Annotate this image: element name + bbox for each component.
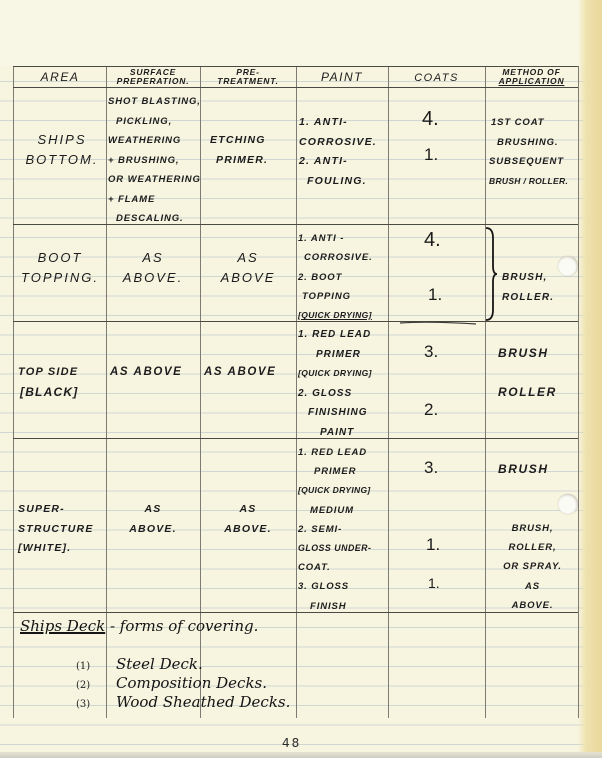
coats-value: 1. <box>428 285 442 305</box>
column-rule-paint <box>388 66 389 718</box>
coats-value: 3. <box>424 342 438 362</box>
table-top-line <box>13 66 578 67</box>
method-cell: BRUSH, ROLLER. <box>502 268 554 307</box>
row-divider-1 <box>13 224 578 225</box>
surface-preparation-cell: SHOT BLASTING, PICKLING, WEATHERING + BR… <box>108 92 201 229</box>
coats-value: 1. <box>428 575 440 591</box>
pretreatment-cell: AS ABOVE <box>204 363 276 383</box>
area-cell: SHIPS BOTTOM. <box>18 130 106 169</box>
paint-cell: 1. RED LEAD PRIMER [QUICK DRYING] MEDIUM… <box>298 443 371 616</box>
method-cell-secondary: BRUSH, ROLLER, OR SPRAY. AS ABOVE. <box>487 519 578 615</box>
page-number: 48 <box>282 736 301 750</box>
pretreatment-cell: ETCHING PRIMER. <box>210 131 268 170</box>
coats-value: 4. <box>424 229 441 252</box>
header-coats: COATS <box>388 72 485 84</box>
header-bottom-line <box>13 87 578 88</box>
surface-preparation-cell: AS ABOVE <box>110 363 182 383</box>
header-method-of-application: METHOD OF APPLICATION <box>485 68 578 86</box>
pretreatment-cell: AS ABOVE <box>200 248 296 287</box>
coats-value: 4. <box>422 108 439 131</box>
coats-value: 2. <box>424 400 438 420</box>
header-pretreatment: PRE- TREATMENT. <box>200 68 296 86</box>
coats-value: 1. <box>426 535 440 555</box>
method-cell: 1ST COAT BRUSHING. SUBSEQUENT BRUSH / RO… <box>489 113 568 191</box>
coats-value: 1. <box>424 145 438 165</box>
header-surface-preparation: SURFACE PREPERATION. <box>106 68 200 86</box>
area-cell: BOOT TOPPING. <box>14 248 106 287</box>
column-rule-right <box>578 66 579 718</box>
page-bottom-edge <box>0 752 602 758</box>
surface-preparation-cell: AS ABOVE. <box>106 248 200 287</box>
right-brace-icon <box>484 226 498 322</box>
column-rule-left <box>13 66 14 718</box>
ink-underline-stroke <box>398 320 478 326</box>
area-cell: TOP SIDE [BLACK] <box>18 363 78 402</box>
binder-hole <box>558 494 578 514</box>
notes-title: Ships Deck - forms of covering. <box>20 617 258 635</box>
binder-hole <box>558 256 578 276</box>
surface-preparation-cell: AS ABOVE. <box>106 500 200 539</box>
method-cell-primary: BRUSH <box>498 460 549 480</box>
row-divider-3 <box>13 438 578 439</box>
coats-value: 3. <box>424 458 438 478</box>
method-cell: BRUSH ROLLER <box>498 344 557 402</box>
column-rule-coats <box>485 66 486 718</box>
notebook-page: AREA SURFACE PREPERATION. PRE- TREATMENT… <box>0 0 602 758</box>
paint-cell: 1. ANTI- CORROSIVE. 2. ANTI- FOULING. <box>299 113 377 191</box>
page-top-margin <box>0 0 602 66</box>
area-cell: SUPER- STRUCTURE [WHITE]. <box>18 500 94 559</box>
header-area: AREA <box>14 70 106 84</box>
pretreatment-cell: AS ABOVE. <box>200 500 296 539</box>
paint-cell: 1. ANTI - CORROSIVE. 2. BOOT TOPPING [QU… <box>298 229 373 325</box>
column-rule-pretreatment <box>296 66 297 718</box>
paint-cell: 1. RED LEAD PRIMER [QUICK DRYING] 2. GLO… <box>298 325 372 442</box>
header-paint: PAINT <box>296 70 388 84</box>
